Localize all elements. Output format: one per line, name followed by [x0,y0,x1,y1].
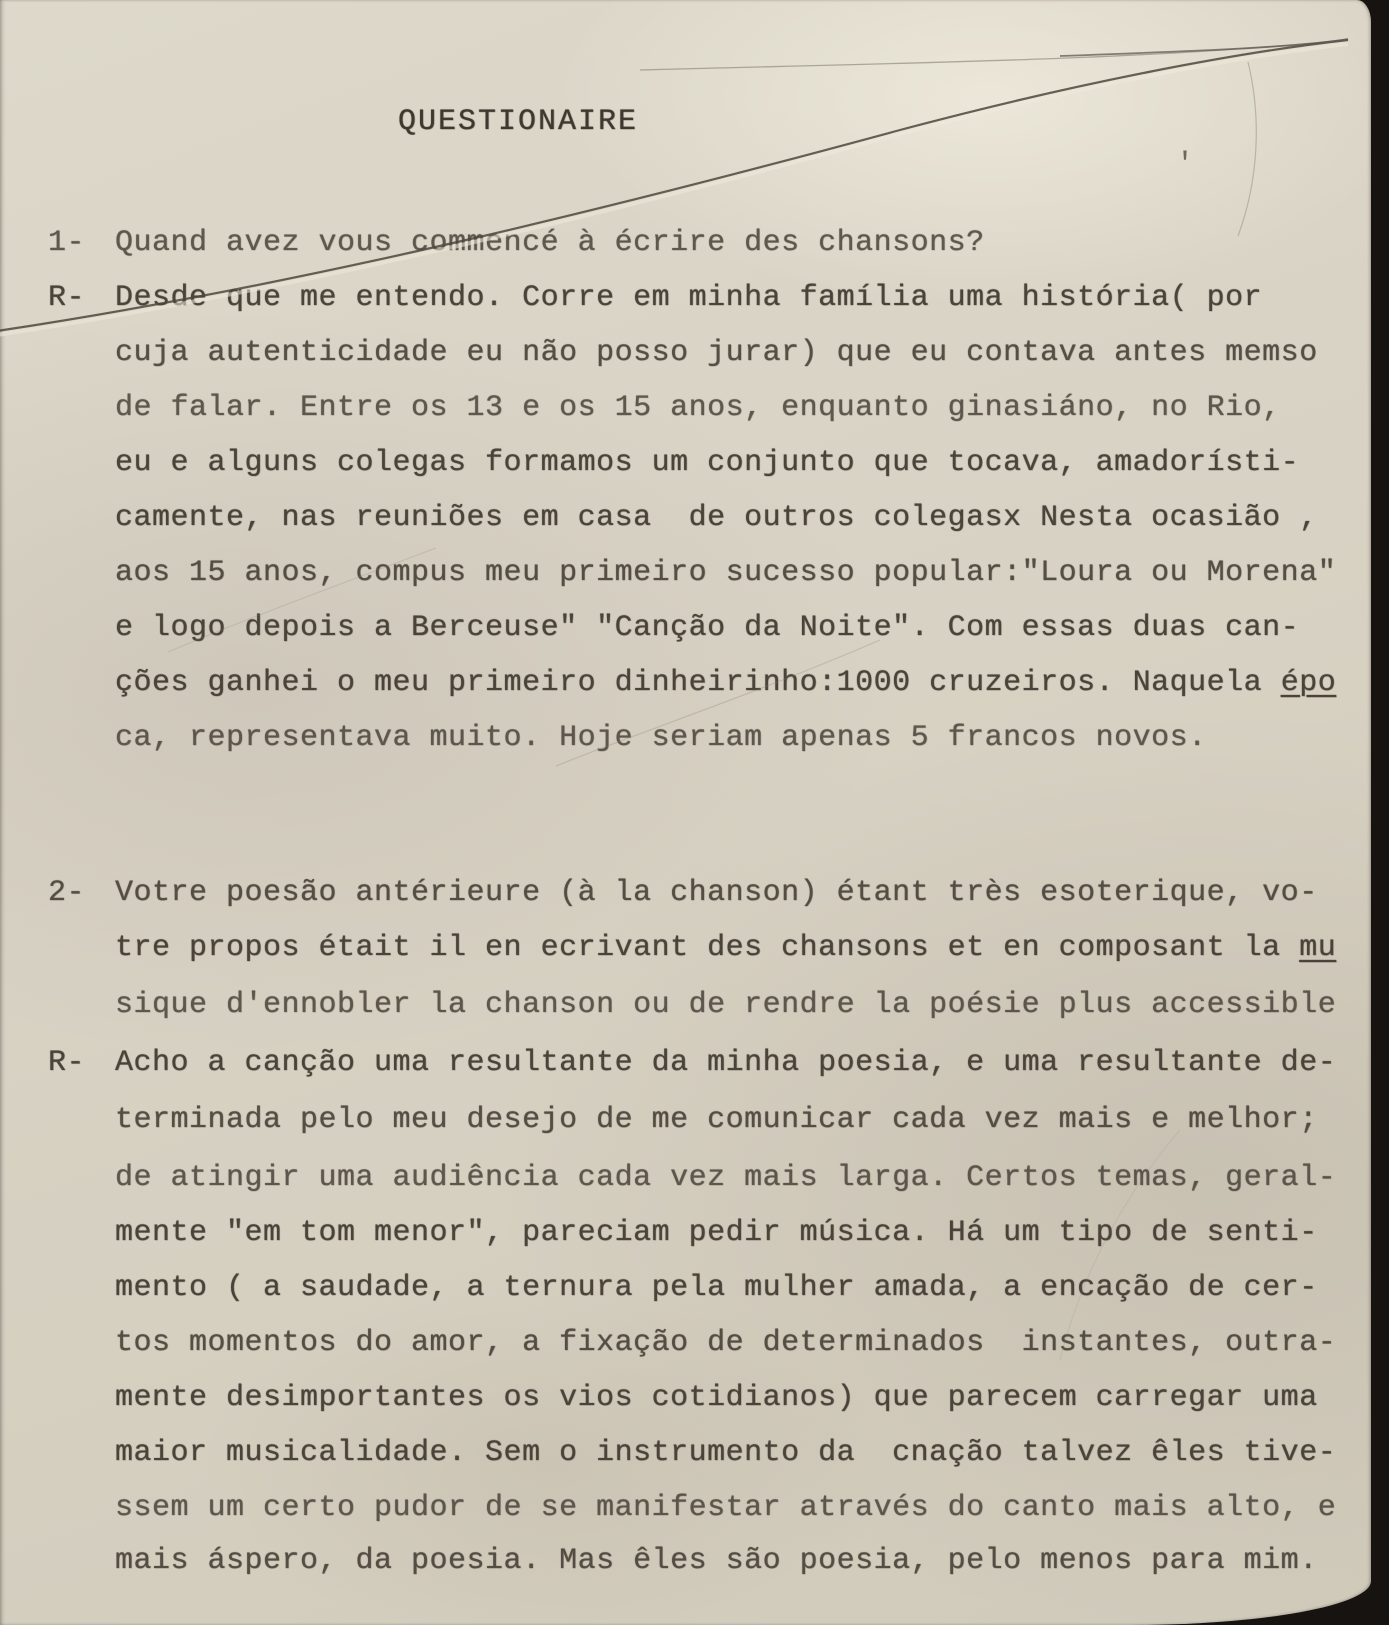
line-text: Votre poesão antérieure (à la chanson) é… [115,876,1318,910]
line-text: e logo depois a Berceuse" "Canção da Noi… [115,611,1299,645]
line-text: mente desimportantes os vios cotidianos)… [115,1381,1318,1415]
line-text: de atingir uma audiência cada vez mais l… [115,1161,1336,1195]
line-text: tos momentos do amor, a fixação de deter… [115,1326,1336,1360]
stray-ink-mark: ' [1176,148,1194,182]
text-line: tos momentos do amor, a fixação de deter… [115,1326,1336,1360]
line-text: sique d'ennobler la chanson ou de rendre… [115,988,1336,1022]
line-text: aos 15 anos, compus meu primeiro sucesso… [115,556,1336,590]
text-line: maior musicalidade. Sem o instrumento da… [115,1436,1336,1470]
page-title: QUESTIONAIRE [398,105,638,139]
text-line: ções ganhei o meu primeiro dinheirinho:1… [115,666,1336,700]
paper-sheet: QUESTIONAIRE ' 1-Quand avez vous commenc… [0,0,1371,1625]
line-text: terminada pelo meu desejo de me comunica… [115,1103,1318,1137]
line-text: camente, nas reuniões em casa de outros … [115,501,1318,535]
line-text: Acho a canção uma resultante da minha po… [115,1046,1336,1080]
scanned-typewritten-page: { "doc": { "title": "QUESTIONAIRE", "str… [0,0,1389,1625]
line-text: tre propos était il en ecrivant des chan… [115,931,1299,965]
line-marker: R- [48,1046,85,1080]
line-text: ções ganhei o meu primeiro dinheirinho:1… [115,666,1281,700]
text-line: e logo depois a Berceuse" "Canção da Noi… [115,611,1299,645]
text-line: aos 15 anos, compus meu primeiro sucesso… [115,556,1336,590]
line-marker: 2- [48,876,85,910]
text-line: 2-Votre poesão antérieure (à la chanson)… [115,876,1318,910]
text-line: 1-Quand avez vous commencé à écrire des … [115,226,985,260]
line-text: ca, representava muito. Hoje seriam apen… [115,721,1207,755]
text-line: de falar. Entre os 13 e os 15 anos, enqu… [115,391,1281,425]
line-text: mente "em tom menor", pareciam pedir mús… [115,1216,1318,1250]
line-text-underlined: mu [1299,931,1336,965]
text-line: mente "em tom menor", pareciam pedir mús… [115,1216,1318,1250]
line-text: maior musicalidade. Sem o instrumento da… [115,1436,1336,1470]
line-text: eu e alguns colegas formamos um conjunto… [115,446,1299,480]
text-line: terminada pelo meu desejo de me comunica… [115,1103,1318,1137]
line-text: mais áspero, da poesia. Mas êles são poe… [115,1544,1318,1578]
text-line: ssem um certo pudor de se manifestar atr… [115,1491,1336,1525]
text-line: mais áspero, da poesia. Mas êles são poe… [115,1544,1318,1578]
line-text: de falar. Entre os 13 e os 15 anos, enqu… [115,391,1281,425]
line-text: mento ( a saudade, a ternura pela mulher… [115,1271,1318,1305]
line-text: cuja autenticidade eu não posso jurar) q… [115,336,1318,370]
line-marker: 1- [48,226,85,260]
text-line: camente, nas reuniões em casa de outros … [115,501,1318,535]
line-text: Desde que me entendo. Corre em minha fam… [115,281,1262,315]
line-text: ssem um certo pudor de se manifestar atr… [115,1491,1336,1525]
line-text-underlined: épo [1281,666,1337,700]
line-text: Quand avez vous commencé à écrire des ch… [115,226,985,260]
line-marker: R- [48,281,85,315]
text-line: R-Acho a canção uma resultante da minha … [115,1046,1336,1080]
text-line: mento ( a saudade, a ternura pela mulher… [115,1271,1318,1305]
text-line: mente desimportantes os vios cotidianos)… [115,1381,1318,1415]
text-line: eu e alguns colegas formamos um conjunto… [115,446,1299,480]
text-line: R-Desde que me entendo. Corre em minha f… [115,281,1262,315]
text-line: sique d'ennobler la chanson ou de rendre… [115,988,1336,1022]
text-line: ca, representava muito. Hoje seriam apen… [115,721,1207,755]
text-line: de atingir uma audiência cada vez mais l… [115,1161,1336,1195]
text-line: tre propos était il en ecrivant des chan… [115,931,1336,965]
text-line: cuja autenticidade eu não posso jurar) q… [115,336,1318,370]
